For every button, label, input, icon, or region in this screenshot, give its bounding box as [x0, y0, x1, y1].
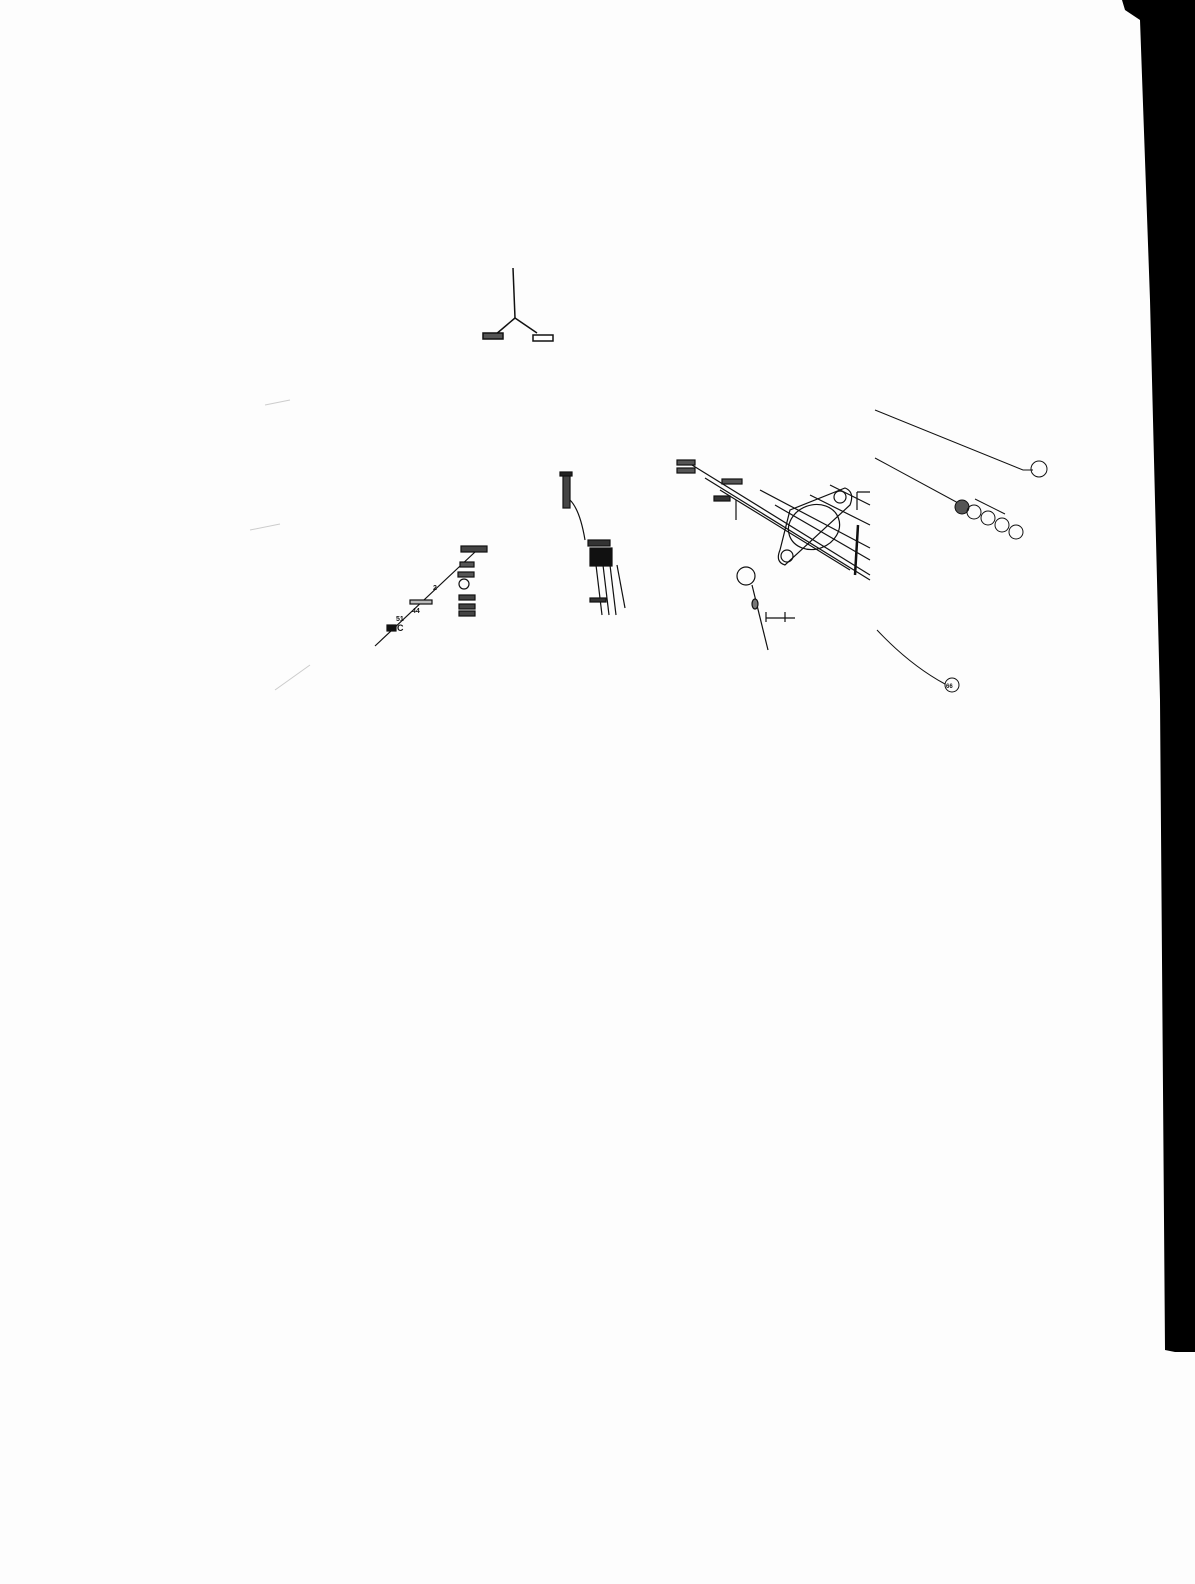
- scanned-page: C 51 44 2: [0, 0, 1195, 1584]
- circle-callout-icon: [1031, 461, 1047, 477]
- callout-44: 44: [412, 608, 420, 615]
- scan-border: [1122, 0, 1195, 1352]
- flange-gasket-assembly: [677, 460, 870, 580]
- ring-stud-part: [737, 567, 795, 650]
- callout-51: 51: [396, 616, 404, 623]
- callout-2: 2: [433, 585, 437, 592]
- circle-callout-icon: [945, 678, 959, 692]
- left-assembly: [375, 546, 487, 646]
- diagram-canvas: C 51 44 2: [0, 0, 1195, 1584]
- middle-bolt-assembly: [560, 472, 625, 615]
- scan-noise: [250, 400, 310, 690]
- y-fitting-part: [483, 268, 553, 341]
- right-callouts: [875, 410, 1047, 692]
- callout-66: 66: [946, 684, 953, 690]
- callout-c: C: [397, 623, 404, 633]
